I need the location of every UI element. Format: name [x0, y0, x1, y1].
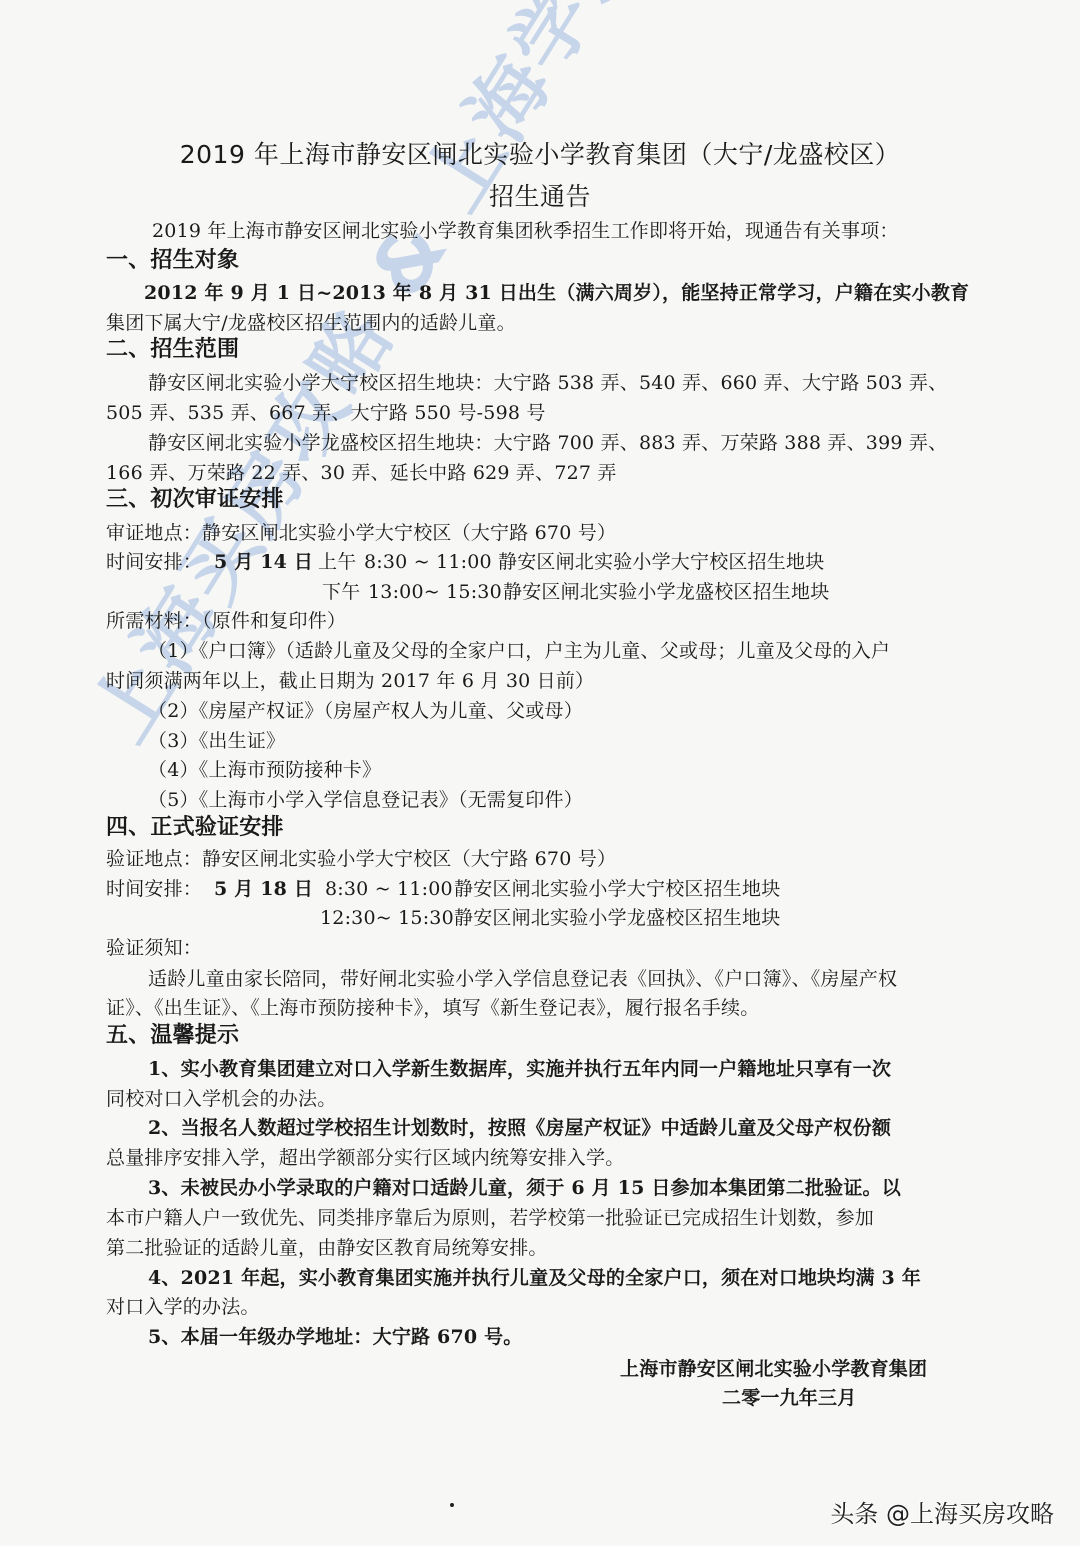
review-period: 上午: [318, 549, 356, 575]
verify-notice-line: 适龄儿童由家长陪同，带好闸北实验小学入学信息登记表《回执》、《户口簿》、《房屋产…: [148, 966, 897, 992]
review-time: 13:00~ 15:30: [368, 579, 502, 605]
review-location: 审证地点：静安区闸北实验小学大宁校区（大宁路 670 号）: [106, 520, 616, 546]
review-period: 下午: [322, 579, 360, 605]
verify-notice-line: 证》、《出生证》、《上海市预防接种卡》，填写《新生登记表》，履行报名手续。: [106, 995, 759, 1021]
section-heading-4: 四、正式验证安排: [106, 813, 284, 843]
scan-speck: [450, 1503, 454, 1507]
tip-line: 5、本届一年级办学地址：大宁路 670 号。: [148, 1324, 523, 1350]
material-item: （1）《户口簿》（适龄儿童及父母的全家户口，户主为儿童、父或母；儿童及父母的入户: [148, 638, 890, 664]
verify-schedule-date: 5 月 18 日: [214, 876, 313, 902]
verify-place: 静安区闸北实验小学大宁校区招生地块: [454, 876, 780, 902]
section-1-line: 2012 年 9 月 1 日~2013 年 8 月 31 日出生（满六周岁），能…: [144, 280, 969, 306]
verify-schedule-label: 时间安排：: [106, 876, 202, 902]
material-item: （5）《上海市小学入学信息登记表》（无需复印件）: [148, 787, 583, 813]
document-subtitle: 招生通告: [0, 180, 1080, 214]
section-2-line: 静安区闸北实验小学大宁校区招生地块：大宁路 538 弄、540 弄、660 弄、…: [148, 370, 947, 396]
material-item: 时间须满两年以上，截止日期为 2017 年 6 月 30 日前）: [106, 668, 594, 694]
section-2-line: 505 弄、535 弄、667 弄、大宁路 550 号-598 号: [106, 400, 546, 426]
section-heading-1: 一、招生对象: [106, 246, 239, 276]
verify-time: 12:30~ 15:30: [320, 905, 454, 931]
review-place: 静安区闸北实验小学龙盛校区招生地块: [503, 579, 829, 605]
tip-line: 3、未被民办小学录取的户籍对口适龄儿童，须于 6 月 15 日参加本集团第二批验…: [148, 1175, 901, 1201]
tip-line: 总量排序安排入学，超出学额部分实行区域内统筹安排入学。: [106, 1145, 624, 1171]
tip-line: 第二批验证的适龄儿童，由静安区教育局统筹安排。: [106, 1235, 548, 1261]
intro-paragraph: 2019 年上海市静安区闸北实验小学教育集团秋季招生工作即将开始，现通告有关事项…: [152, 218, 899, 244]
verify-notice-label: 验证须知：: [106, 935, 202, 961]
section-1-line: 集团下属大宁/龙盛校区招生范围内的适龄儿童。: [106, 310, 516, 336]
review-time: 8:30 ~ 11:00: [364, 549, 492, 575]
review-schedule-label: 时间安排：: [106, 549, 202, 575]
section-heading-5: 五、温馨提示: [106, 1021, 239, 1051]
review-place: 静安区闸北实验小学大宁校区招生地块: [498, 549, 824, 575]
section-heading-3: 三、初次审证安排: [106, 485, 284, 515]
material-item: （3）《出生证》: [148, 728, 285, 754]
material-item: （4）《上海市预防接种卡》: [148, 757, 381, 783]
review-schedule-date: 5 月 14 日: [214, 549, 313, 575]
source-watermark-tag: 头条 @上海买房攻略: [830, 1494, 1054, 1529]
verify-time: 8:30 ~ 11:00: [325, 876, 453, 902]
materials-label: 所需材料：（原件和复印件）: [106, 608, 346, 634]
tip-line: 同校对口入学机会的办法。: [106, 1086, 336, 1112]
section-2-line: 静安区闸北实验小学龙盛校区招生地块：大宁路 700 弄、883 弄、万荣路 38…: [148, 430, 947, 456]
signature-date: 二零一九年三月: [722, 1385, 856, 1411]
verify-place: 静安区闸北实验小学龙盛校区招生地块: [454, 905, 780, 931]
tip-line: 4、2021 年起，实小教育集团实施并执行儿童及父母的全家户口，须在对口地块均满…: [148, 1265, 921, 1291]
scanned-document-page: 上海买房攻略 & 上海学区房攻略 2019 年上海市静安区闸北实验小学教育集团（…: [0, 0, 1080, 1546]
document-title: 2019 年上海市静安区闸北实验小学教育集团（大宁/龙盛校区）: [0, 138, 1080, 172]
section-2-line: 166 弄、万荣路 22 弄、30 弄、延长中路 629 弄、727 弄: [106, 460, 617, 486]
tip-line: 本市户籍人户一致优先、同类排序靠后为原则，若学校第一批验证已完成招生计划数，参加: [106, 1205, 874, 1231]
tip-line: 2、当报名人数超过学校招生计划数时，按照《房屋产权证》中适龄儿童及父母产权份额: [148, 1115, 891, 1141]
tip-line: 对口入学的办法。: [106, 1294, 260, 1320]
verify-location: 验证地点：静安区闸北实验小学大宁校区（大宁路 670 号）: [106, 846, 616, 872]
material-item: （2）《房屋产权证》（房屋产权人为儿童、父或母）: [148, 698, 583, 724]
signature-organization: 上海市静安区闸北实验小学教育集团: [620, 1356, 927, 1382]
tip-line: 1、实小教育集团建立对口入学新生数据库，实施并执行五年内同一户籍地址只享有一次: [148, 1056, 891, 1082]
section-heading-2: 二、招生范围: [106, 335, 239, 365]
